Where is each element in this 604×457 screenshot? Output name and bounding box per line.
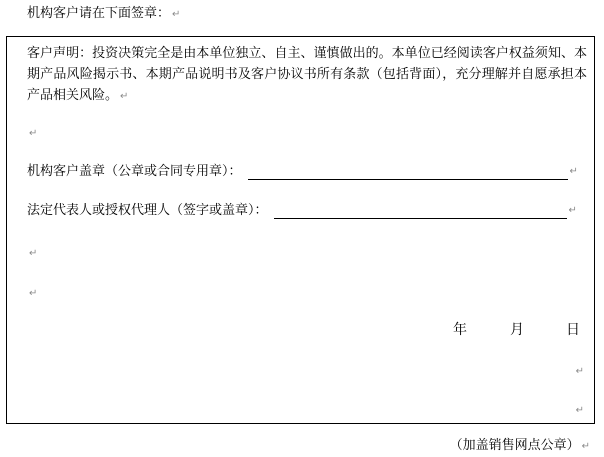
company-seal-label: 机构客户盖章（公章或合同专用章）： bbox=[27, 164, 242, 180]
paragraph-mark-icon: ↵ bbox=[29, 128, 37, 139]
customer-declaration: 客户声明：投资决策完全是由本单位独立、自主、谨慎做出的。本单位已经阅读客户权益须… bbox=[27, 43, 587, 107]
branch-seal-note: （加盖销售网点公章）↵ bbox=[450, 438, 590, 455]
company-seal-field[interactable] bbox=[248, 165, 568, 180]
paragraph-mark-icon: ↵ bbox=[576, 366, 584, 377]
intro-label: 机构客户请在下面签章： bbox=[27, 6, 170, 21]
paragraph-mark-icon: ↵ bbox=[576, 405, 584, 416]
date-row: 年 月 日 bbox=[7, 321, 594, 339]
paragraph-mark-icon: ↵ bbox=[29, 288, 37, 299]
date-year-label: 年 bbox=[453, 321, 467, 339]
signature-box: 客户声明：投资决策完全是由本单位独立、自主、谨慎做出的。本单位已经阅读客户权益须… bbox=[6, 36, 595, 424]
representative-signature-field[interactable] bbox=[274, 204, 567, 219]
branch-seal-note-text: （加盖销售网点公章） bbox=[450, 438, 580, 453]
empty-paragraph: ↵ bbox=[574, 402, 584, 419]
paragraph-mark-icon: ↵ bbox=[570, 164, 578, 180]
empty-paragraph: ↵ bbox=[27, 285, 37, 302]
representative-label: 法定代表人或授权代理人（签字或盖章）： bbox=[27, 203, 268, 219]
paragraph-mark-icon: ↵ bbox=[582, 441, 590, 452]
representative-row: 法定代表人或授权代理人（签字或盖章）： ↵ bbox=[27, 203, 577, 219]
empty-paragraph: ↵ bbox=[574, 363, 584, 380]
paragraph-mark-icon: ↵ bbox=[569, 203, 577, 219]
intro-line: 机构客户请在下面签章：↵ bbox=[27, 6, 180, 23]
company-seal-row: 机构客户盖章（公章或合同专用章）： ↵ bbox=[27, 164, 578, 180]
date-month-label: 月 bbox=[510, 321, 524, 339]
paragraph-mark-icon: ↵ bbox=[172, 9, 180, 20]
empty-paragraph: ↵ bbox=[27, 125, 37, 142]
declaration-text: 客户声明：投资决策完全是由本单位独立、自主、谨慎做出的。本单位已经阅读客户权益须… bbox=[27, 46, 587, 103]
paragraph-mark-icon: ↵ bbox=[120, 91, 128, 102]
empty-paragraph: ↵ bbox=[27, 245, 37, 262]
paragraph-mark-icon: ↵ bbox=[29, 248, 37, 259]
date-day-label: 日 bbox=[566, 321, 580, 339]
